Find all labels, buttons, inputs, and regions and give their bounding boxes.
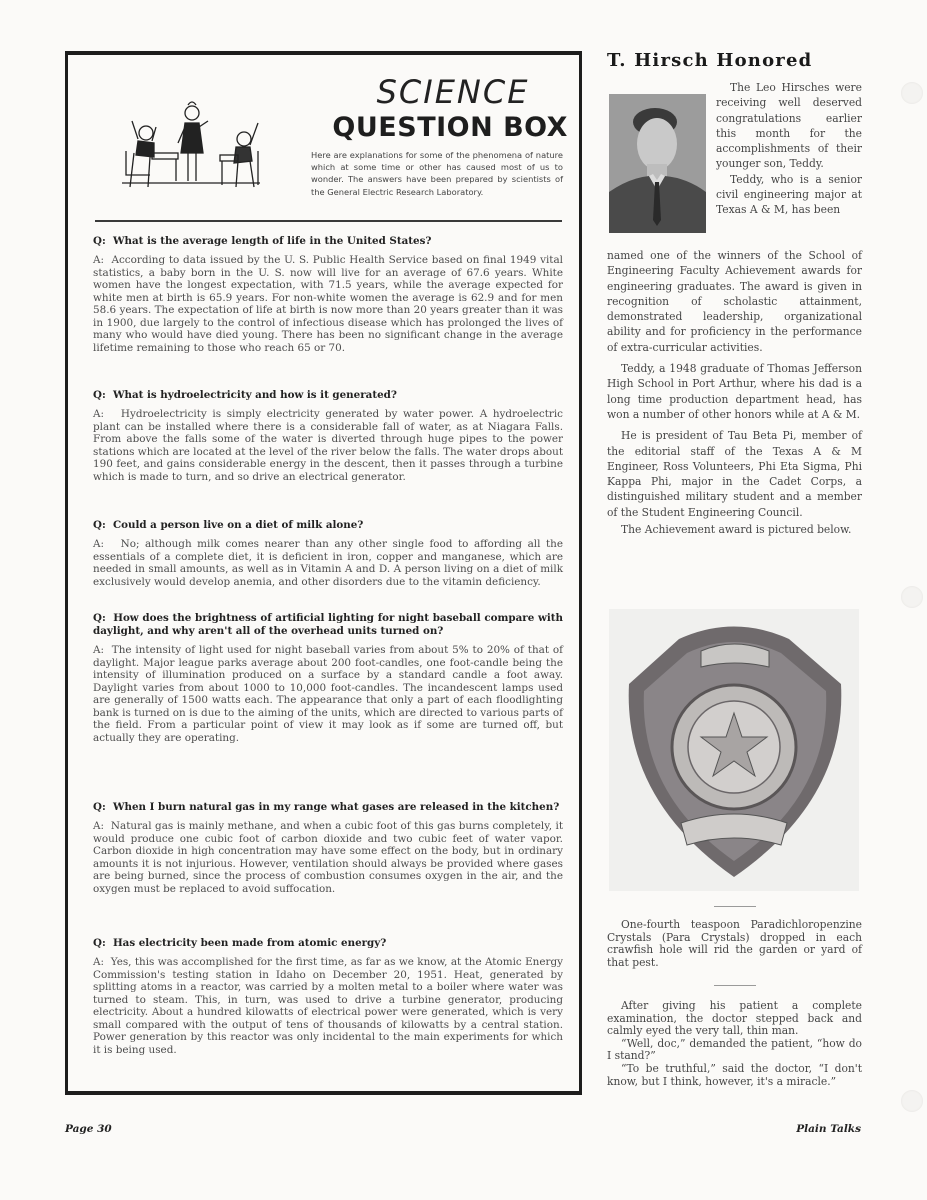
paragraph: The Leo Hirsches were receiving well des… [716, 80, 862, 172]
qa-item: Q: What is the average length of life in… [93, 235, 563, 354]
portrait-photo [609, 94, 706, 233]
punch-hole [901, 586, 923, 608]
paragraph: The Achievement award is pictured below. [607, 522, 862, 537]
answer: A: Yes, this was accomplished for the fi… [93, 956, 563, 1056]
article-intro: The Leo Hirsches were receiving well des… [716, 80, 862, 218]
portrait-icon [609, 94, 706, 233]
qa-item: Q: How does the brightness of artificial… [93, 612, 563, 744]
question: Q: Has electricity been made from atomic… [93, 937, 563, 950]
question: Q: How does the brightness of artificial… [93, 612, 563, 638]
page-number: Page 30 [65, 1123, 112, 1135]
filler-tip: One-fourth teaspoon Paradichloropenzine … [607, 906, 862, 969]
article-title: T. Hirsch Honored [607, 50, 867, 71]
paragraph: Teddy, a 1948 graduate of Thomas Jeffers… [607, 361, 862, 422]
award-plaque-icon [609, 609, 859, 891]
qa-item: Q: Has electricity been made from atomic… [93, 937, 563, 1056]
answer: A: Natural gas is mainly methane, and wh… [93, 820, 563, 895]
publication-name: Plain Talks [796, 1123, 861, 1135]
punch-hole [901, 82, 923, 104]
answer: A: The intensity of light used for night… [93, 644, 563, 744]
paragraph: “To be truthful,” said the doctor, “I do… [607, 1063, 862, 1088]
answer: A: According to data issued by the U. S.… [93, 254, 563, 354]
question: Q: What is hydroelectricity and how is i… [93, 389, 563, 402]
title-science: SCIENCE [353, 73, 553, 111]
qa-item: Q: What is hydroelectricity and how is i… [93, 389, 563, 483]
divider [714, 906, 756, 907]
question: Q: Could a person live on a diet of milk… [93, 519, 563, 532]
tip-text: One-fourth teaspoon Paradichloropenzine … [607, 919, 862, 969]
intro-text: Here are explanations for some of the ph… [311, 149, 563, 198]
question-box-header: SCIENCE QUESTION BOX Here are explanatio… [68, 55, 579, 220]
paragraph: Teddy, who is a senior civil engineering… [716, 172, 862, 218]
article-body: named one of the winners of the School o… [607, 248, 862, 537]
paragraph: named one of the winners of the School o… [607, 248, 862, 355]
question: Q: When I burn natural gas in my range w… [93, 801, 563, 814]
joke: After giving his patient a complete exam… [607, 985, 862, 1088]
paragraph: “Well, doc,” demanded the patient, “how … [607, 1038, 862, 1063]
paragraph: After giving his patient a complete exam… [607, 1000, 862, 1038]
divider [714, 985, 756, 986]
punch-hole [901, 1090, 923, 1112]
award-plaque-photo [609, 609, 859, 891]
science-question-box: SCIENCE QUESTION BOX Here are explanatio… [65, 51, 582, 1095]
header-divider [95, 220, 562, 222]
qa-item: Q: Could a person live on a diet of milk… [93, 519, 563, 588]
teacher-and-students-icon [108, 95, 268, 195]
qa-item: Q: When I burn natural gas in my range w… [93, 801, 563, 895]
answer: A: Hydroelectricity is simply electricit… [93, 408, 563, 483]
title-question-box: QUESTION BOX [308, 112, 568, 143]
answer: A: No; although milk comes nearer than a… [93, 538, 563, 588]
question: Q: What is the average length of life in… [93, 235, 563, 248]
paragraph: He is president of Tau Beta Pi, member o… [607, 428, 862, 520]
